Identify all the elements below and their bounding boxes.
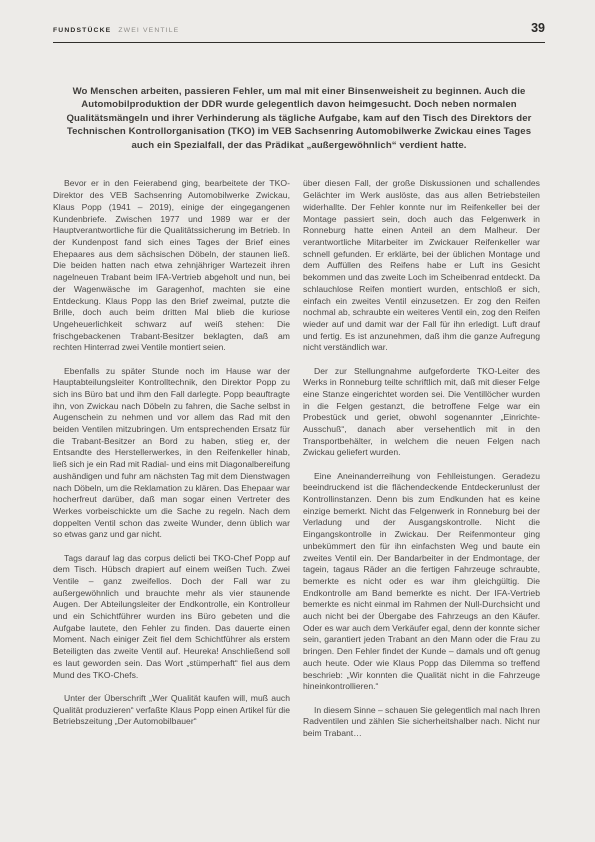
right-column: über diesen Fall, der große Diskussionen… bbox=[303, 178, 540, 751]
running-header: FUNDSTÜCKEZWEI VENTILE 39 bbox=[53, 22, 545, 35]
left-column: Bevor er in den Feierabend ging, bearbei… bbox=[53, 178, 290, 751]
intro-paragraph: Wo Menschen arbeiten, passieren Fehler, … bbox=[53, 85, 545, 153]
text-columns: Bevor er in den Feierabend ging, bearbei… bbox=[53, 178, 545, 751]
paragraph: Der zur Stellungnahme aufgeforderte TKO-… bbox=[303, 366, 540, 460]
paragraph: In diesem Sinne – schauen Sie gelegentli… bbox=[303, 705, 540, 740]
series-title: FUNDSTÜCKE bbox=[53, 27, 111, 34]
paragraph: Bevor er in den Feierabend ging, bearbei… bbox=[53, 178, 290, 354]
article-title: ZWEI VENTILE bbox=[118, 27, 179, 34]
paragraph: Unter der Überschrift „Wer Qualität kauf… bbox=[53, 693, 290, 728]
paragraph: Eine Aneinanderreihung von Fehlleistunge… bbox=[303, 471, 540, 693]
running-head: FUNDSTÜCKEZWEI VENTILE bbox=[53, 27, 179, 34]
paragraph: Ebenfalls zu später Stunde noch im Hause… bbox=[53, 366, 290, 542]
paragraph: über diesen Fall, der große Diskussionen… bbox=[303, 178, 540, 354]
book-page: FUNDSTÜCKEZWEI VENTILE 39 Wo Menschen ar… bbox=[0, 0, 595, 842]
header-rule bbox=[53, 42, 545, 43]
paragraph: Tags darauf lag das corpus delicti bei T… bbox=[53, 553, 290, 682]
page-number: 39 bbox=[531, 22, 545, 35]
